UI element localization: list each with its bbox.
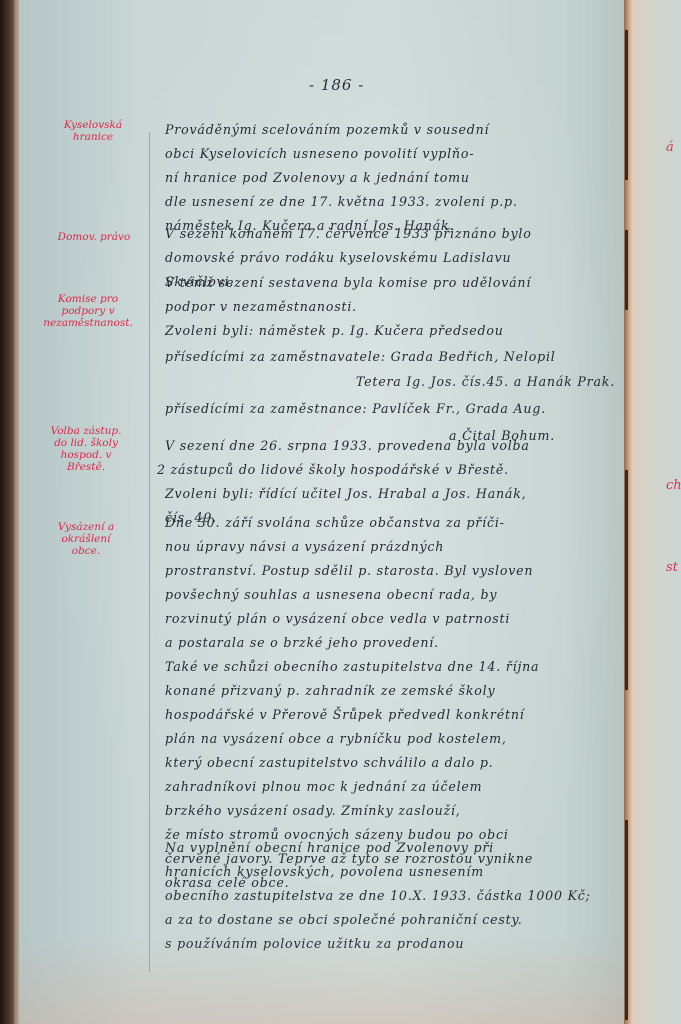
entry-kyselovska-hranice: Prováděnými scelováním pozemků v sousedn… — [165, 118, 635, 238]
entry-line: brzkého vysázení osady. Zmínky zaslouží, — [165, 799, 635, 823]
entry-line: dle usnesení ze dne 17. května 1933. zvo… — [165, 190, 635, 214]
entry-line: Zvoleni byli: řídící učitel Jos. Hrabal … — [165, 482, 635, 506]
entry-line: Na vyplnění obecní hranice pod Zvolenovy… — [165, 836, 635, 860]
binding-stitch — [625, 30, 628, 180]
entry-line: obci Kyselovicích usneseno povolití vypl… — [165, 142, 635, 166]
margin-note-line: hospod. v — [33, 449, 139, 461]
margin-note-line: Kyselovská — [43, 119, 143, 131]
facing-page-margin-mark: ch — [666, 478, 681, 493]
margin-note-line: Volba zástup. — [33, 425, 139, 437]
entry-line: přísedícími za zaměstnance: Pavlíček Fr.… — [165, 394, 635, 424]
entry-line: Prováděnými scelováním pozemků v sousedn… — [165, 118, 635, 142]
book-binding-left — [0, 0, 14, 1024]
entry-line: V témž sezení sestavena byla komise pro … — [165, 271, 635, 295]
entry-line: konané přizvaný p. zahradník ze zemské š… — [165, 679, 635, 703]
binding-stitch — [625, 470, 628, 690]
margin-note-komise: Komise pro podpory v nezaměstnanost. — [33, 293, 143, 329]
binding-stitch — [625, 820, 628, 1020]
margin-note-line: hranice — [43, 131, 143, 143]
entry-line: hospodářské v Přerově Šrůpek předvedl ko… — [165, 703, 635, 727]
entry-line: ní hranice pod Zvolenovy a k jednání tom… — [165, 166, 635, 190]
entry-line: rozvinutý plán o vysázení obce vedla v p… — [165, 607, 635, 631]
margin-note-domov-pravo: Domov. právo — [39, 231, 149, 243]
facing-page-margin-mark: st — [666, 560, 678, 575]
margin-note-line: obce. — [33, 545, 139, 557]
entry-line: zahradníkovi plnou moc k jednání za účel… — [165, 775, 635, 799]
entry-line: 2 zástupců do lidové školy hospodářské v… — [157, 458, 635, 482]
margin-note-line: Vysázení a — [33, 521, 139, 533]
margin-note-line: podpory v — [33, 305, 143, 317]
binding-stitch — [625, 230, 628, 310]
entry-line: který obecní zastupitelstvo schválilo a … — [165, 751, 635, 775]
entry-hranice-platba: Na vyplnění obecní hranice pod Zvolenovy… — [165, 836, 635, 956]
entry-line: Zvoleni byli: náměstek p. Ig. Kučera pře… — [165, 319, 635, 343]
margin-rule-line — [149, 132, 150, 972]
entry-line: podpor v nezaměstnanosti. — [165, 295, 635, 319]
entry-line: a za to dostane se obci společné pohrani… — [165, 908, 635, 932]
margin-note-vysazeni-obce: Vysázení a okrášlení obce. — [33, 521, 139, 557]
page-number: - 186 - — [309, 76, 364, 94]
entry-line: prostranství. Postup sdělil p. starosta.… — [165, 559, 635, 583]
entry-line: přísedícími za zaměstnavatele: Grada Bed… — [165, 343, 635, 370]
entry-line: Tetera Ig. Jos. čís.45. a Hanák Prak. — [165, 370, 635, 394]
entry-line: a postarala se o brzké jeho provedení. — [165, 631, 635, 655]
entry-line: Dne 30. září svolána schůze občanstva za… — [165, 511, 635, 535]
entry-line: obecního zastupitelstva ze dne 10.X. 193… — [165, 884, 635, 908]
margin-note-volba-zastupcu: Volba zástup. do lid. školy hospod. v Bř… — [33, 425, 139, 473]
entry-komise: V témž sezení sestavena byla komise pro … — [165, 271, 635, 448]
entry-line: povšechný souhlas a usnesena obecní rada… — [165, 583, 635, 607]
facing-page: á ch st — [632, 0, 681, 1024]
entry-line: domovské právo rodáku kyselovskému Ladis… — [165, 246, 635, 270]
entry-line: s používáním polovice užitku za prodanou — [165, 932, 635, 956]
margin-note-line: do lid. školy — [33, 437, 139, 449]
entry-line: Také ve schůzi obecního zastupitelstva d… — [165, 655, 635, 679]
entry-line: hranicích kyselovských, povolena usnesen… — [165, 860, 635, 884]
entry-line: V sezení dne 26. srpna 1933. provedena b… — [165, 434, 635, 458]
entry-line: V sezení konaném 17. července 1933 přizn… — [165, 222, 635, 246]
margin-note-line: Domov. právo — [39, 231, 149, 243]
entry-line: plán na vysázení obce a rybníčku pod kos… — [165, 727, 635, 751]
margin-note-line: okrášlení — [33, 533, 139, 545]
margin-note-line: nezaměstnanost. — [33, 317, 143, 329]
facing-page-margin-mark: á — [666, 140, 674, 155]
margin-note-line: Břestě. — [33, 461, 139, 473]
margin-note-kyselovska-hranice: Kyselovská hranice — [43, 119, 143, 143]
ledger-page: - 186 - Kyselovská hranice Prováděnými s… — [19, 0, 624, 1024]
entry-line: nou úpravy návsi a vysázení prázdných — [165, 535, 635, 559]
margin-note-line: Komise pro — [33, 293, 143, 305]
